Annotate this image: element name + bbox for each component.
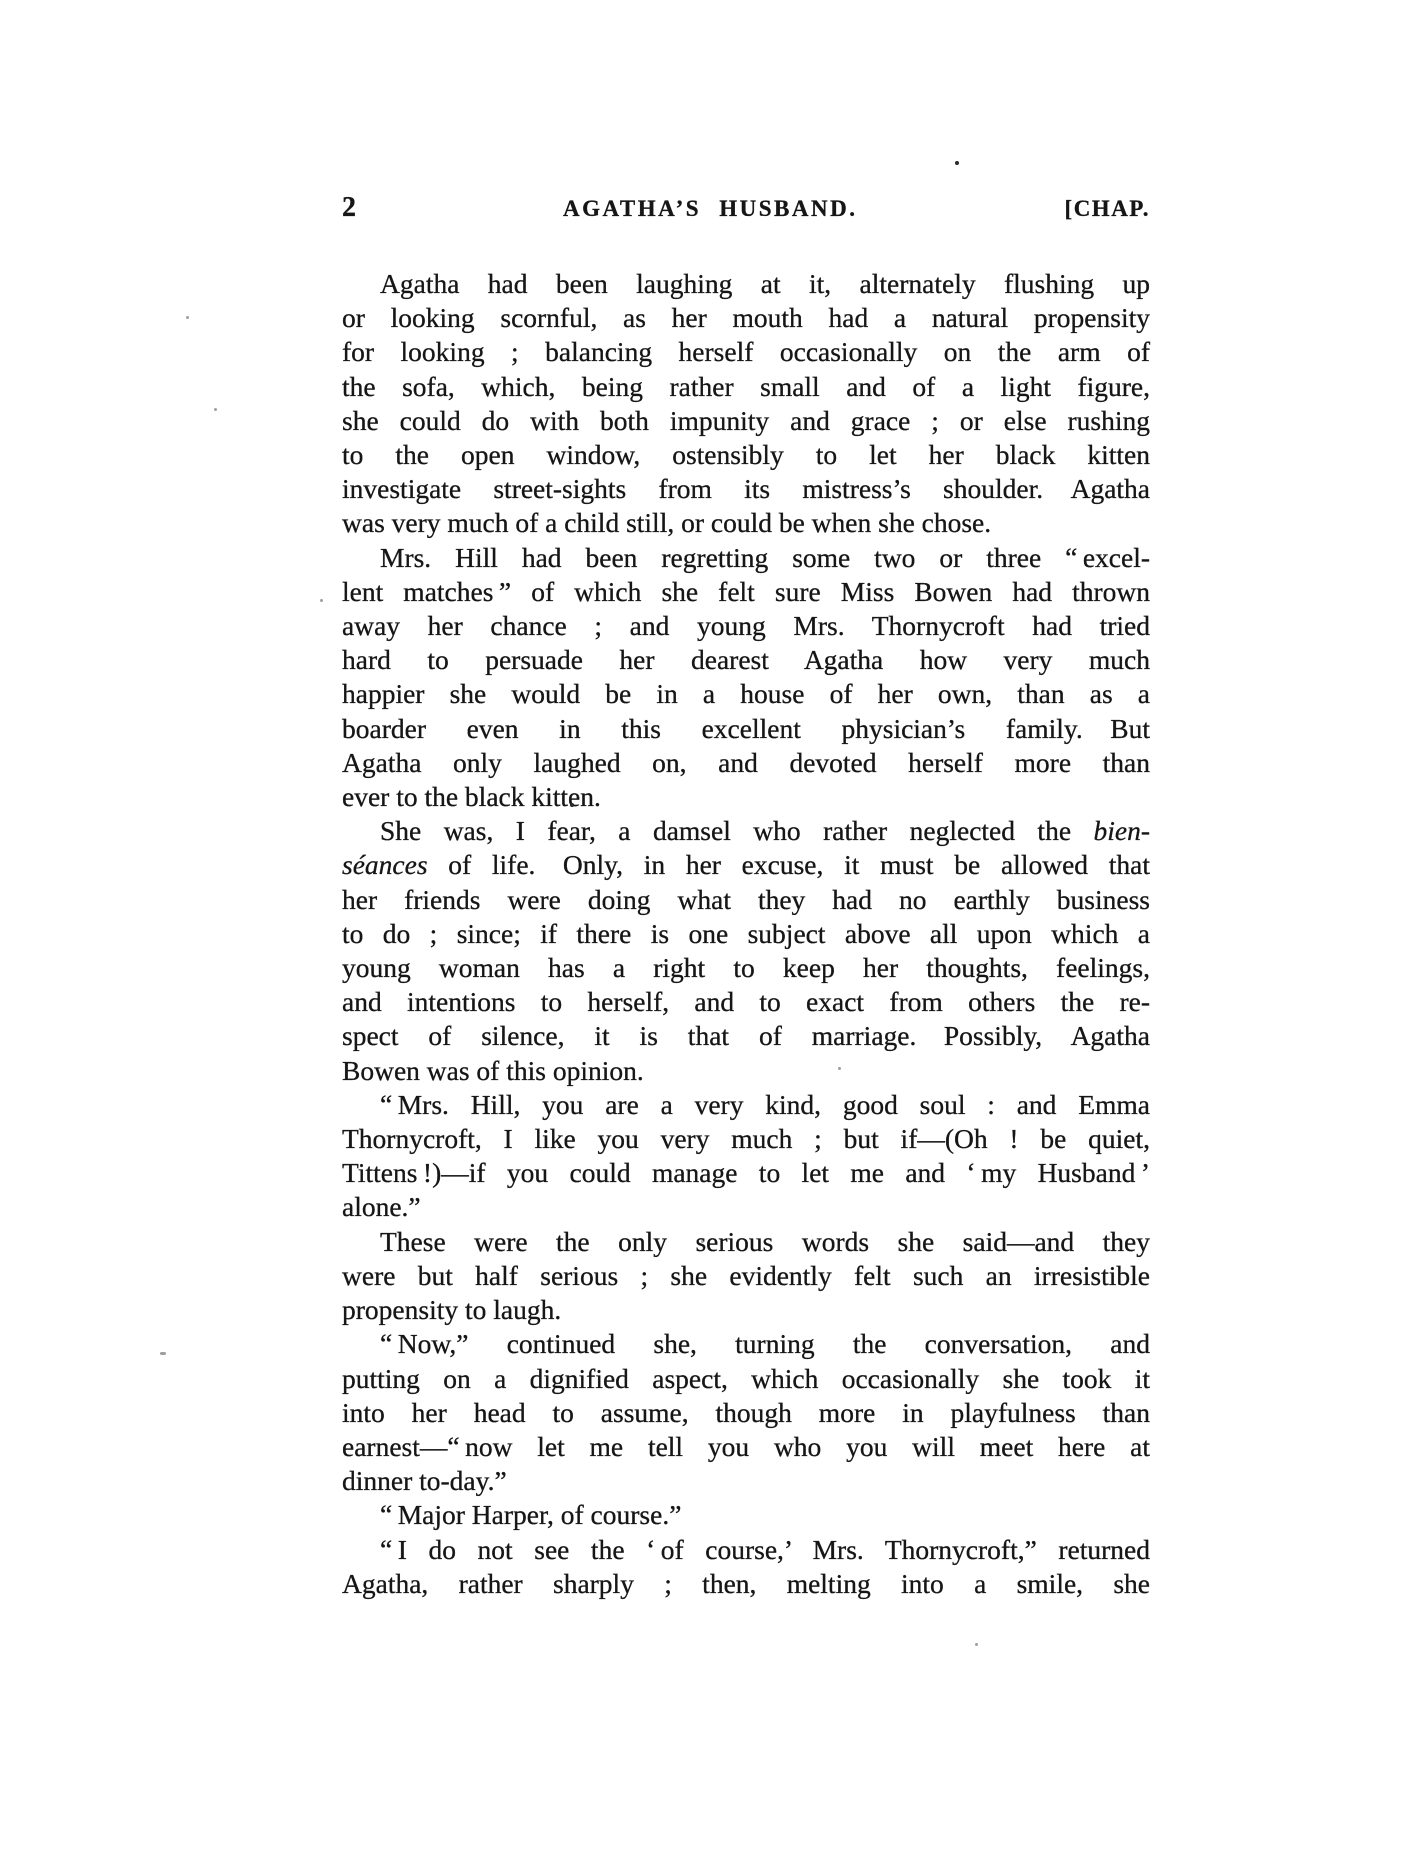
text-line: séances of life. Only, in her excuse, it…	[342, 848, 1150, 882]
text-line: and intentions to herself, and to exact …	[342, 985, 1150, 1019]
text-segment: alone.”	[342, 1191, 421, 1222]
paragraph: “ I do not see the ‘ of course,’ Mrs. Th…	[342, 1533, 1150, 1601]
text-line: Thornycroft, I like you very much ; but …	[342, 1122, 1150, 1156]
paragraph: Mrs. Hill had been regretting some two o…	[342, 541, 1150, 815]
text-line: Bowen was of this opinion.	[342, 1054, 1150, 1088]
scan-speck	[186, 316, 189, 319]
text-segment: happier she would be in a house of her o…	[342, 678, 1150, 709]
text-line: to the open window, ostensibly to let he…	[342, 438, 1150, 472]
text-segment: or looking scornful, as her mouth had a …	[342, 302, 1150, 333]
paragraph: “ Now,” continued she, turning the conve…	[342, 1327, 1150, 1498]
text-segment: “ Mrs. Hill, you are a very kind, good s…	[380, 1089, 1150, 1120]
text-segment: dinner to-day.”	[342, 1465, 507, 1496]
text-segment: away her chance ; and young Mrs. Thornyc…	[342, 610, 1150, 641]
text-line: the sofa, which, being rather small and …	[342, 370, 1150, 404]
text-segment: Thornycroft, I like you very much ; but …	[342, 1123, 1150, 1154]
text-line: Mrs. Hill had been regretting some two o…	[342, 541, 1150, 575]
page-body: Agatha had been laughing at it, alternat…	[342, 267, 1150, 1601]
text-line: was very much of a child still, or could…	[342, 506, 1150, 540]
text-line: to do ; since; if there is one subject a…	[342, 917, 1150, 951]
text-segment: “ I do not see the ‘ of course,’ Mrs. Th…	[380, 1534, 1150, 1565]
paragraph: “ Mrs. Hill, you are a very kind, good s…	[342, 1088, 1150, 1225]
text-segment: was very much of a child still, or could…	[342, 507, 991, 538]
text-line: or looking scornful, as her mouth had a …	[342, 301, 1150, 335]
book-page: 2 AGATHA’S HUSBAND. [CHAP. Agatha had be…	[0, 0, 1401, 1851]
text-segment: spect of silence, it is that of marriage…	[342, 1020, 1150, 1051]
text-segment: Mrs. Hill had been regretting some two o…	[380, 542, 1150, 573]
text-segment: and intentions to herself, and to exact …	[342, 986, 1150, 1017]
text-line: spect of silence, it is that of marriage…	[342, 1019, 1150, 1053]
text-line: Agatha, rather sharply ; then, melting i…	[342, 1567, 1150, 1601]
text-line: were but half serious ; she evidently fe…	[342, 1259, 1150, 1293]
text-segment: earnest—“ now let me tell you who you wi…	[342, 1431, 1150, 1462]
text-segment: hard to persuade her dearest Agatha how …	[342, 644, 1150, 675]
text-line: Agatha only laughed on, and devoted hers…	[342, 746, 1150, 780]
text-segment: Agatha, rather sharply ; then, melting i…	[342, 1568, 1150, 1599]
text-line: dinner to-day.”	[342, 1464, 1150, 1498]
paragraph: She was, I fear, a damsel who rather neg…	[342, 814, 1150, 1088]
text-line: young woman has a right to keep her thou…	[342, 951, 1150, 985]
text-segment: putting on a dignified aspect, which occ…	[342, 1363, 1150, 1394]
italic-text: séances	[342, 849, 428, 880]
scan-speck	[570, 803, 574, 807]
paragraph: “ Major Harper, of course.”	[342, 1498, 1150, 1532]
scan-speck	[320, 599, 323, 602]
text-segment: young woman has a right to keep her thou…	[342, 952, 1150, 983]
text-segment: Bowen was of this opinion.	[342, 1055, 644, 1086]
text-line: These were the only serious words she sa…	[342, 1225, 1150, 1259]
text-segment: of life. Only, in her excuse, it must be…	[428, 849, 1150, 880]
text-line: “ I do not see the ‘ of course,’ Mrs. Th…	[342, 1533, 1150, 1567]
text-line: earnest—“ now let me tell you who you wi…	[342, 1430, 1150, 1464]
text-segment: to the open window, ostensibly to let he…	[342, 439, 1150, 470]
text-line: “ Now,” continued she, turning the conve…	[342, 1327, 1150, 1361]
text-segment: “ Major Harper, of course.”	[380, 1499, 681, 1530]
text-segment: propensity to laugh.	[342, 1294, 561, 1325]
text-segment: for looking ; balancing herself occasion…	[342, 336, 1150, 367]
text-line: for looking ; balancing herself occasion…	[342, 335, 1150, 369]
text-segment: These were the only serious words she sa…	[380, 1226, 1150, 1257]
text-segment: were but half serious ; she evidently fe…	[342, 1260, 1150, 1291]
text-line: “ Major Harper, of course.”	[342, 1498, 1150, 1532]
scan-speck	[838, 1067, 841, 1070]
text-line: lent matches ” of which she felt sure Mi…	[342, 575, 1150, 609]
text-segment: Agatha only laughed on, and devoted hers…	[342, 747, 1150, 778]
text-line: propensity to laugh.	[342, 1293, 1150, 1327]
text-segment: into her head to assume, though more in …	[342, 1397, 1150, 1428]
text-segment: ever to the black kitten.	[342, 781, 601, 812]
text-line: “ Mrs. Hill, you are a very kind, good s…	[342, 1088, 1150, 1122]
paragraph: Agatha had been laughing at it, alternat…	[342, 267, 1150, 541]
text-line: alone.”	[342, 1190, 1150, 1224]
text-line: her friends were doing what they had no …	[342, 883, 1150, 917]
text-segment: the sofa, which, being rather small and …	[342, 371, 1150, 402]
text-line: she could do with both impunity and grac…	[342, 404, 1150, 438]
text-line: investigate street-sights from its mistr…	[342, 472, 1150, 506]
text-segment: investigate street-sights from its mistr…	[342, 473, 1150, 504]
text-segment: her friends were doing what they had no …	[342, 884, 1150, 915]
text-line: away her chance ; and young Mrs. Thornyc…	[342, 609, 1150, 643]
text-line: putting on a dignified aspect, which occ…	[342, 1362, 1150, 1396]
page-number: 2	[342, 192, 356, 224]
text-segment: boarder even in this excellent physician…	[342, 713, 1150, 744]
text-line: boarder even in this excellent physician…	[342, 712, 1150, 746]
scan-speck	[160, 1352, 166, 1355]
text-segment: “ Now,” continued she, turning the conve…	[380, 1328, 1150, 1359]
text-segment: to do ; since; if there is one subject a…	[342, 918, 1150, 949]
page-header: 2 AGATHA’S HUSBAND. [CHAP.	[342, 192, 1150, 224]
chapter-marker: [CHAP.	[1065, 196, 1150, 222]
running-title: AGATHA’S HUSBAND.	[356, 196, 1065, 222]
italic-text: bien-	[1093, 815, 1150, 846]
text-segment: she could do with both impunity and grac…	[342, 405, 1150, 436]
text-segment: Tittens !)—if you could manage to let me…	[342, 1157, 1150, 1188]
scan-speck	[701, 1240, 704, 1243]
text-line: Agatha had been laughing at it, alternat…	[342, 267, 1150, 301]
text-line: ever to the black kitten.	[342, 780, 1150, 814]
text-line: happier she would be in a house of her o…	[342, 677, 1150, 711]
text-segment: Agatha had been laughing at it, alternat…	[380, 268, 1150, 299]
paragraph: These were the only serious words she sa…	[342, 1225, 1150, 1328]
text-segment: She was, I fear, a damsel who rather neg…	[380, 815, 1093, 846]
scan-speck	[214, 408, 217, 411]
text-line: She was, I fear, a damsel who rather neg…	[342, 814, 1150, 848]
scan-speck	[975, 1643, 978, 1646]
text-line: into her head to assume, though more in …	[342, 1396, 1150, 1430]
text-segment: lent matches ” of which she felt sure Mi…	[342, 576, 1150, 607]
text-line: hard to persuade her dearest Agatha how …	[342, 643, 1150, 677]
scan-speck	[955, 161, 959, 165]
text-line: Tittens !)—if you could manage to let me…	[342, 1156, 1150, 1190]
